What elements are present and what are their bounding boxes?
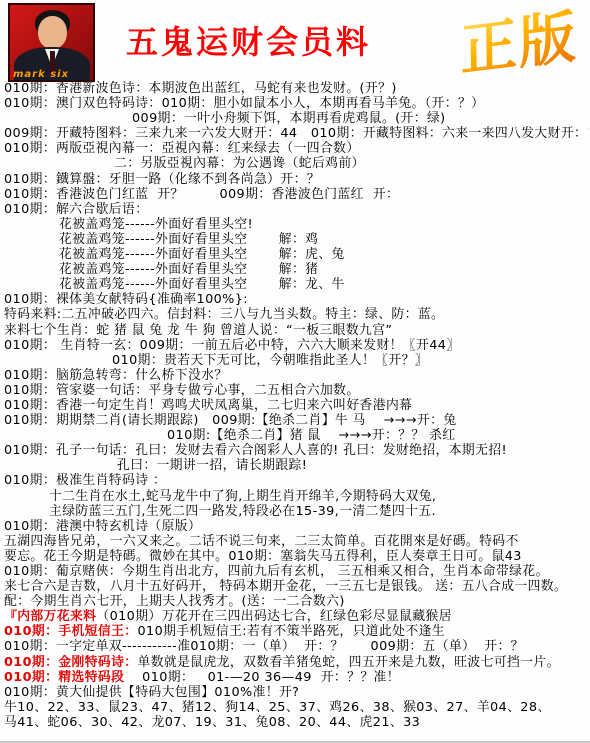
tip-text: 010期：脑筋急转弯：什么桥下没水？ (4, 368, 228, 383)
tip-text: 花被盖鸡笼------外面好看里头空 解：鸡 (59, 232, 318, 247)
tip-line: 010期：鐡算盤：牙胆一路（化缘不到各尚急）开：？ (4, 172, 588, 187)
tip-text: 010期：两版亞視內幕一：亞視內幕：红来绿去（一四合数） (4, 141, 360, 156)
tip-line: 010期：香港波色门红蓝 开？ 009期：香港波色门蓝红 开： (4, 187, 588, 202)
tip-line: 二：另版亞視內幕：为公遇谗（蛇后鸡前） (4, 156, 588, 171)
tip-line: 010期：极准生肖特码诗 ： (4, 473, 588, 488)
tip-text: 010期：香港新波色诗：本期波色出蓝红，马蛇有来也发财。(开？) (4, 81, 397, 96)
tip-line: 010期：港澳中特玄机诗（原版） (4, 519, 588, 534)
tip-line: 010期：金刚特码诗：单数就是鼠虎龙，双数看羊猪兔蛇，四五开来是九数，旺波七可挡… (4, 655, 588, 670)
tip-text: 配：今期生肖六七开，上期夫人找秀才。(送：一二合数六) (4, 594, 345, 609)
tip-line: 来料七个生肖：蛇 猪 鼠 兔 龙 牛 狗 曾道人说：“一板三眼数九宫” (4, 323, 588, 338)
photo-face (38, 16, 67, 49)
genuine-stamp: 正版 (460, 0, 579, 87)
tip-text: 马41、蛇06、30、42、龙07、19、31、兔08、20、44、虎21、33 (4, 715, 420, 730)
tip-line: 010期：解六合歇后语： (4, 202, 588, 217)
tip-line: 要忘。花王今期是特碼。微妙在其中。010期：塞翁失马五得利，臣人奏章王日可。鼠4… (4, 549, 588, 564)
tips-list: 010期：香港新波色诗：本期波色出蓝红，马蛇有来也发财。(开？)010期：澳门双… (4, 81, 588, 730)
tip-text: 主绿防蓝三五门,生死二四一路发,特段必在15-39,一清二楚四十五. (49, 504, 436, 519)
tip-line: 010期：葡京赌俠：今期生肖出北方，四前九后有玄机， 三五相乘又相合，生肖本命带… (4, 564, 588, 579)
tip-line: 来七合六是吉数，八月十五好码开， 特码本期开金花，一三五七是银钱。 送：五八合成… (4, 579, 588, 594)
tip-text: 要忘。花王今期是特碼。微妙在其中。010期：塞翁失马五得利，臣人奏章王日可。鼠4… (4, 549, 522, 564)
tip-line: 『内部万花来料（010期）万花开在三四出码达七合，红绿色彩尽显鼠藏猴居 (4, 609, 588, 624)
tip-text: 009期：开藏特图料：三来九来一六发大财开：44 010期：开藏特图料：六来一来… (4, 126, 588, 141)
tip-text: 010期：香港一句定生肖！鸡鸣犬吠凤离巢，二七归来六叫好香港内幕 (4, 398, 412, 413)
tipster-photo: mark six (8, 3, 95, 82)
tip-text: 五湖四海皆兄弟，一六又来之。二话不说三句来，二三太简单。百花開來是好碼。特码不 (4, 534, 519, 549)
tip-text: 牛10、22、33、鼠23、47、猪12、狗14、25、37、鸡26、38、猴0… (4, 700, 551, 715)
tip-text: 花被盖鸡笼------外面好看里头空 解：龙、牛 (59, 277, 345, 292)
tip-line: 010期:【绝杀二肖】猪 鼠 →→→开：？？ 杀红 (4, 428, 588, 443)
tip-line: 010期：裸体美女献特码{准确率100%}: (4, 292, 588, 307)
tip-text: 二：另版亞視內幕：为公遇谗（蛇后鸡前） (114, 156, 365, 171)
tip-text: 010期：鐡算盤：牙胆一路（化缘不到各尚急）开：？ (4, 172, 320, 187)
photo-caption: mark six (13, 69, 69, 80)
tip-line: 009期：一叶小舟频下饵，本期再看虎鸡鼠。(开：绿) (4, 111, 588, 126)
tip-line: 009期：开藏特图料：三来九来一六发大财开：44 010期：开藏特图料：六来一来… (4, 126, 588, 141)
page-title: 五鬼运财会员料 (126, 17, 371, 63)
tip-text: 孔曰：一期讲一招，请长期跟踪! (117, 458, 307, 473)
tip-text: 010期：黄大仙提供【特码大包围】010%准！开? (4, 685, 299, 700)
tip-line: 010期：香港新波色诗：本期波色出蓝红，马蛇有来也发财。(开？) (4, 81, 588, 96)
tip-text: 花被盖鸡笼------外面好看里头空 解：猪 (59, 262, 318, 277)
tip-line: 010期：一字定单双-----------准010期：一（单） 开：？ 009期… (4, 639, 588, 654)
tip-text: 010期手机短信王:若有不策半路死，只道此处不逢生 (138, 624, 445, 639)
tip-text: 010期：香港波色门红蓝 开？ 009期：香港波色门蓝红 开： (4, 187, 399, 202)
tip-text: 010期：孔子一句话：孔曰：发财去看六合阁彩人人喜的! 孔曰：发财绝招，本期无招… (4, 443, 507, 458)
tip-line: 五湖四海皆兄弟，一六又来之。二话不说三句来，二三太简单。百花開來是好碼。特码不 (4, 534, 588, 549)
tip-text: 009期：一叶小舟频下饵，本期再看虎鸡鼠。(开：绿) (132, 111, 446, 126)
tip-text: 来七合六是吉数，八月十五好码开， 特码本期开金花，一三五七是银钱。 送：五八合成… (4, 579, 567, 594)
tip-text: 010期： 生肖特一玄：009期：一前五后必中特，六六大顺来发财！〖开44〗 (4, 338, 460, 353)
tip-text: 010期：期期禁二肖(请长期跟踪) 009期:【绝杀二肖】牛 马 →→→开：兔 (4, 413, 457, 428)
tip-line: 010期：贵若天下无可比，今朝唯指此圣人！〖开？〗 (4, 353, 588, 368)
tip-highlight-text: 010期：手机短信王： (4, 624, 138, 639)
tip-line: 010期：香港一句定生肖！鸡鸣犬吠凤离巢，二七归来六叫好香港内幕 (4, 398, 588, 413)
tip-line: 花被盖鸡笼------外面好看里头空! (4, 217, 588, 232)
lottery-tip-sheet: mark six 五鬼运财会员料 正版 010期：香港新波色诗：本期波色出蓝红，… (0, 0, 590, 743)
tip-line: 010期：黄大仙提供【特码大包围】010%准！开? (4, 685, 588, 700)
tip-line: 配：今期生肖六七开，上期夫人找秀才。(送：一二合数六) (4, 594, 588, 609)
tip-text: 010期： 01-—20 36—49 开：？？准！ (124, 670, 400, 685)
tip-text: 010期：一字定单双-----------准010期：一（单） 开：？ 009期… (4, 639, 524, 654)
tip-line: 花被盖鸡笼------外面好看里头空 解：虎、兔 (4, 247, 588, 262)
tip-line: 牛10、22、33、鼠23、47、猪12、狗14、25、37、鸡26、38、猴0… (4, 700, 588, 715)
tip-text: 单数就是鼠虎龙，双数看羊猪兔蛇，四五开来是九数，旺波七可挡一片。 (138, 655, 560, 670)
tip-line: 主绿防蓝三五门,生死二四一路发,特段必在15-39,一清二楚四十五. (4, 504, 588, 519)
tip-text: 010期：葡京赌俠：今期生肖出北方，四前九后有玄机， 三五相乘又相合，生肖本命带… (4, 564, 549, 579)
tip-text: 010期:【绝杀二肖】猪 鼠 →→→开：？？ 杀红 (167, 428, 455, 443)
tip-text: 花被盖鸡笼------外面好看里头空 解：虎、兔 (59, 247, 345, 262)
tip-text: 010期：裸体美女献特码{准确率100%}: (4, 292, 248, 307)
tip-text: 特码来料:二五冲破必四六。信封料：三八与九当头数。特主：绿、防：蓝。 (4, 307, 444, 322)
tip-text: 010期：解六合歇后语： (4, 202, 148, 217)
tip-text: 010期：极准生肖特码诗 ： (4, 473, 166, 488)
tip-line: 十二生肖在水土,蛇马龙牛中了狗,上期生肖开绵羊,今期特码大双兔, (4, 489, 588, 504)
tip-line: 010期：两版亞視內幕一：亞視內幕：红来绿去（一四合数） (4, 141, 588, 156)
tip-line: 010期：管家婆一句话：平身专做亏心事，二五相合六加数。 (4, 383, 588, 398)
tip-text: 十二生肖在水土,蛇马龙牛中了狗,上期生肖开绵羊,今期特码大双兔, (49, 489, 436, 504)
tip-text: 010期：港澳中特玄机诗（原版） (4, 519, 201, 534)
tip-line: 马41、蛇06、30、42、龙07、19、31、兔08、20、44、虎21、33 (4, 715, 588, 730)
tip-highlight-text: 010期：精选特码段 (4, 670, 124, 685)
tip-line: 010期： 生肖特一玄：009期：一前五后必中特，六六大顺来发财！〖开44〗 (4, 338, 588, 353)
tip-line: 花被盖鸡笼------外面好看里头空 解：猪 (4, 262, 588, 277)
tip-line: 010期：精选特码段 010期： 01-—20 36—49 开：？？准！ (4, 670, 588, 685)
tip-line: 花被盖鸡笼------外面好看里头空 解：鸡 (4, 232, 588, 247)
tip-line: 孔曰：一期讲一招，请长期跟踪! (4, 458, 588, 473)
tip-line: 特码来料:二五冲破必四六。信封料：三八与九当头数。特主：绿、防：蓝。 (4, 307, 588, 322)
tip-text: 010期：贵若天下无可比，今朝唯指此圣人！〖开？〗 (112, 353, 428, 368)
tip-highlight-text: 『内部万花来料 (4, 609, 96, 624)
tip-line: 010期：脑筋急转弯：什么桥下没水？ (4, 368, 588, 383)
tip-line: 010期：期期禁二肖(请长期跟踪) 009期:【绝杀二肖】牛 马 →→→开：兔 (4, 413, 588, 428)
tip-text: 010期：管家婆一句话：平身专做亏心事，二五相合六加数。 (4, 383, 360, 398)
tip-text: （010期）万花开在三四出码达七合，红绿色彩尽显鼠藏猴居 (96, 609, 452, 624)
tip-text: 花被盖鸡笼------外面好看里头空! (59, 217, 253, 232)
tip-line: 010期：孔子一句话：孔曰：发财去看六合阁彩人人喜的! 孔曰：发财绝招，本期无招… (4, 443, 588, 458)
tip-text: 来料七个生肖：蛇 猪 鼠 兔 龙 牛 狗 曾道人说：“一板三眼数九宫” (4, 323, 392, 338)
tip-line: 花被盖鸡笼------外面好看里头空 解：龙、牛 (4, 277, 588, 292)
tip-line: 010期：手机短信王：010期手机短信王:若有不策半路死，只道此处不逢生 (4, 624, 588, 639)
tip-text: 010期：澳门双色特码诗：010期：胆小如鼠本小人，本期再看马羊兔。（开：？） (4, 96, 484, 111)
tip-line: 010期：澳门双色特码诗：010期：胆小如鼠本小人，本期再看马羊兔。（开：？） (4, 96, 588, 111)
tip-highlight-text: 010期：金刚特码诗： (4, 655, 138, 670)
